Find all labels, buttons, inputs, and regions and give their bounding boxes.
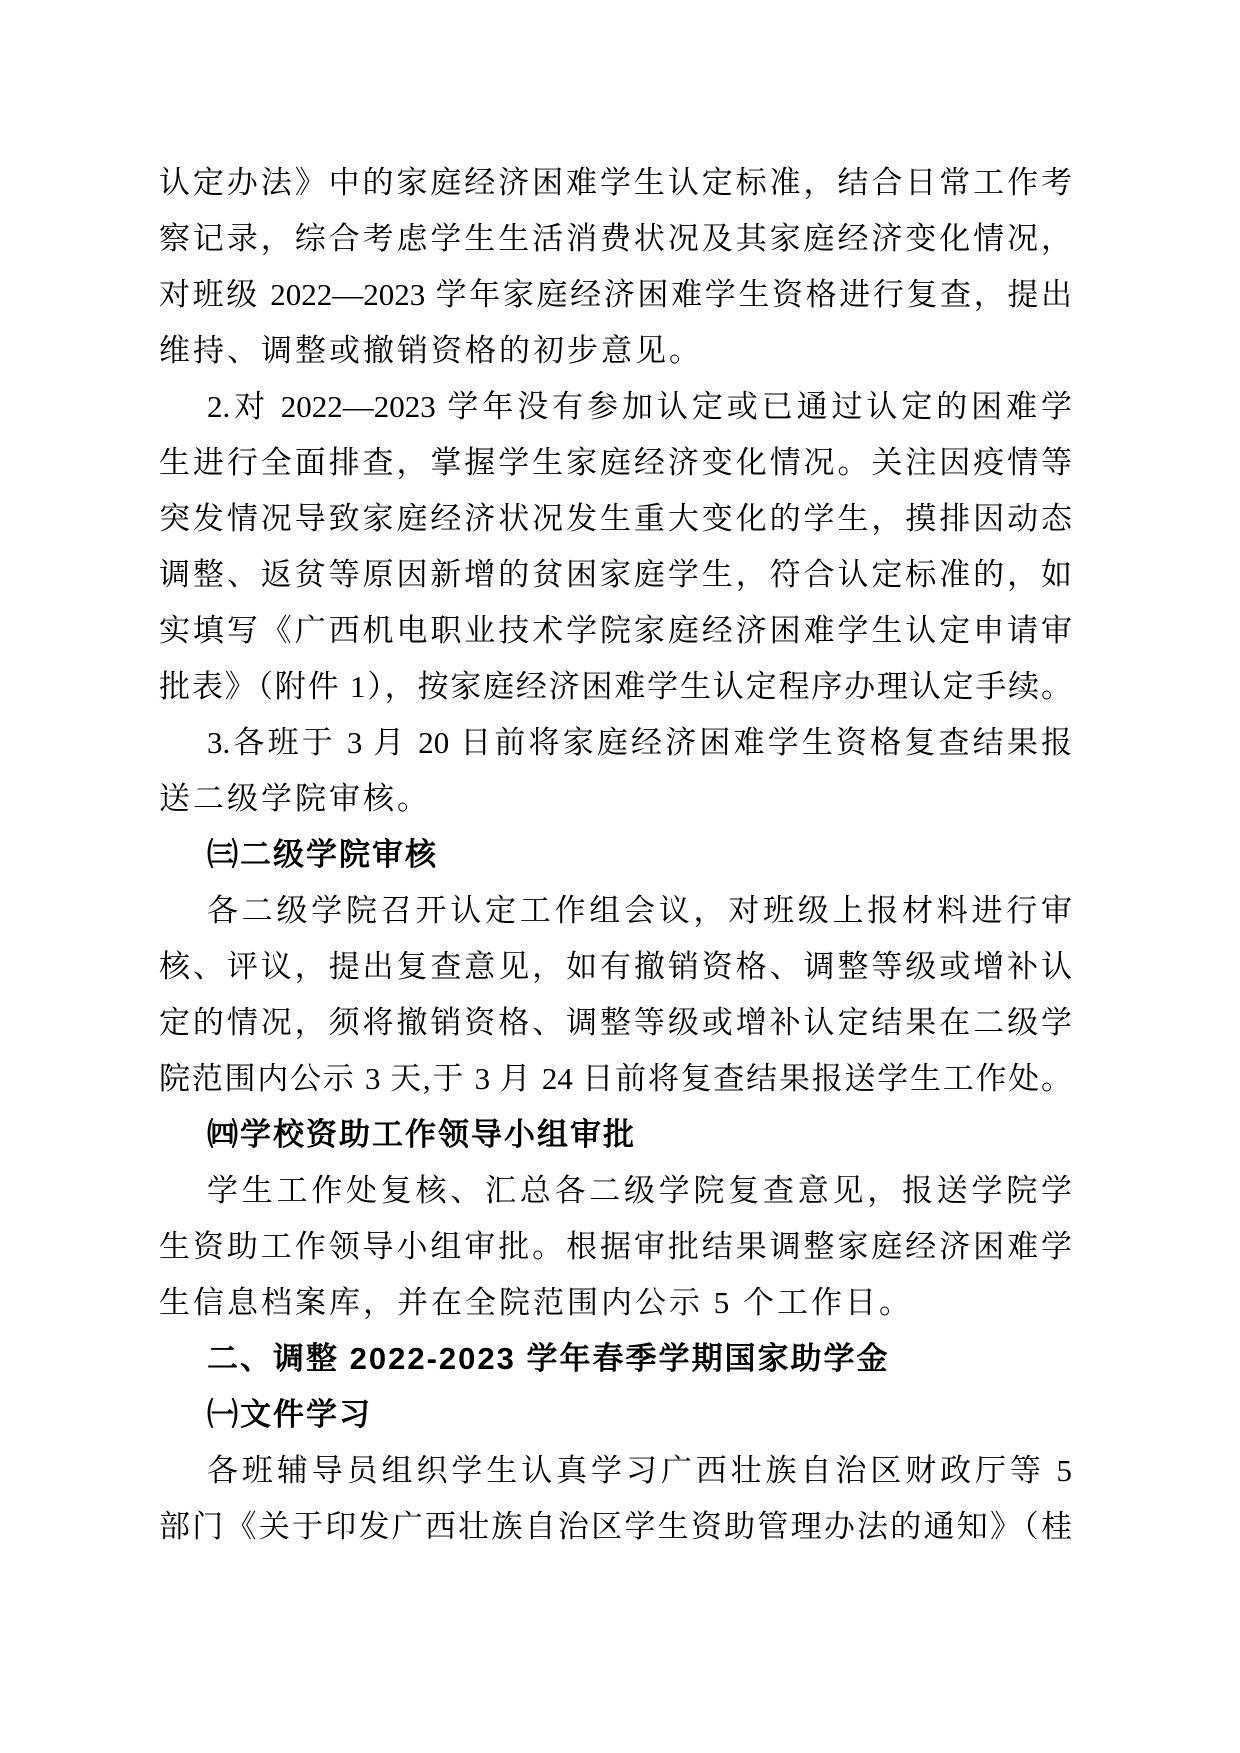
paragraph-line: 维持、调整或撤销资格的初步意见。 [159,323,1072,379]
paragraph-line: 认定办法》中的家庭经济困难学生认定标准，结合日常工作考 [159,155,1072,211]
paragraph-line: 突发情况导致家庭经济状况发生重大变化的学生，摸排因动态 [159,491,1072,547]
paragraph-line: 核、评议，提出复查意见，如有撤销资格、调整等级或增补认 [159,939,1072,995]
paragraph-line: 各二级学院召开认定工作组会议，对班级上报材料进行审 [159,883,1072,939]
heading-section-4-leader-approval: ㈣学校资助工作领导小组审批 [159,1107,1072,1163]
paragraph-line: 生进行全面排查，掌握学生家庭经济变化情况。关注因疫情等 [159,435,1072,491]
paragraph-line: 实填写《广西机电职业技术学院家庭经济困难学生认定申请审 [159,603,1072,659]
paragraph-line: 调整、返贫等原因新增的贫困家庭学生，符合认定标准的，如 [159,547,1072,603]
paragraph-line: 3.各班于 3 月 20 日前将家庭经济困难学生资格复查结果报 [159,715,1072,771]
paragraph-line: 定的情况，须将撤销资格、调整等级或增补认定结果在二级学 [159,995,1072,1051]
paragraph-line: 生信息档案库，并在全院范围内公示 5 个工作日。 [159,1275,1072,1331]
paragraph-line: 送二级学院审核。 [159,771,1072,827]
paragraph-line: 对班级 2022—2023 学年家庭经济困难学生资格进行复查，提出 [159,267,1072,323]
paragraph-line: 生资助工作领导小组审批。根据审批结果调整家庭经济困难学 [159,1219,1072,1275]
paragraph-line: 察记录，综合考虑学生生活消费状况及其家庭经济变化情况， [159,211,1072,267]
paragraph-line: 批表》（附件 1），按家庭经济困难学生认定程序办理认定手续。 [159,659,1072,715]
heading-section-3-college-review: ㈢二级学院审核 [159,827,1072,883]
heading-part-2-adjust-state-grant: 二、调整 2022-2023 学年春季学期国家助学金 [159,1331,1072,1387]
heading-section-1-document-study: ㈠文件学习 [159,1387,1072,1443]
document-page: 认定办法》中的家庭经济困难学生认定标准，结合日常工作考 察记录，综合考虑学生生活… [0,0,1240,1753]
paragraph-line: 学生工作处复核、汇总各二级学院复查意见，报送学院学 [159,1163,1072,1219]
paragraph-line: 各班辅导员组织学生认真学习广西壮族自治区财政厅等 5 [159,1443,1072,1499]
paragraph-line: 院范围内公示 3 天,于 3 月 24 日前将复查结果报送学生工作处。 [159,1051,1072,1107]
paragraph-line: 2.对 2022—2023 学年没有参加认定或已通过认定的困难学 [159,379,1072,435]
paragraph-line: 部门《关于印发广西壮族自治区学生资助管理办法的通知》（桂 [159,1499,1072,1555]
